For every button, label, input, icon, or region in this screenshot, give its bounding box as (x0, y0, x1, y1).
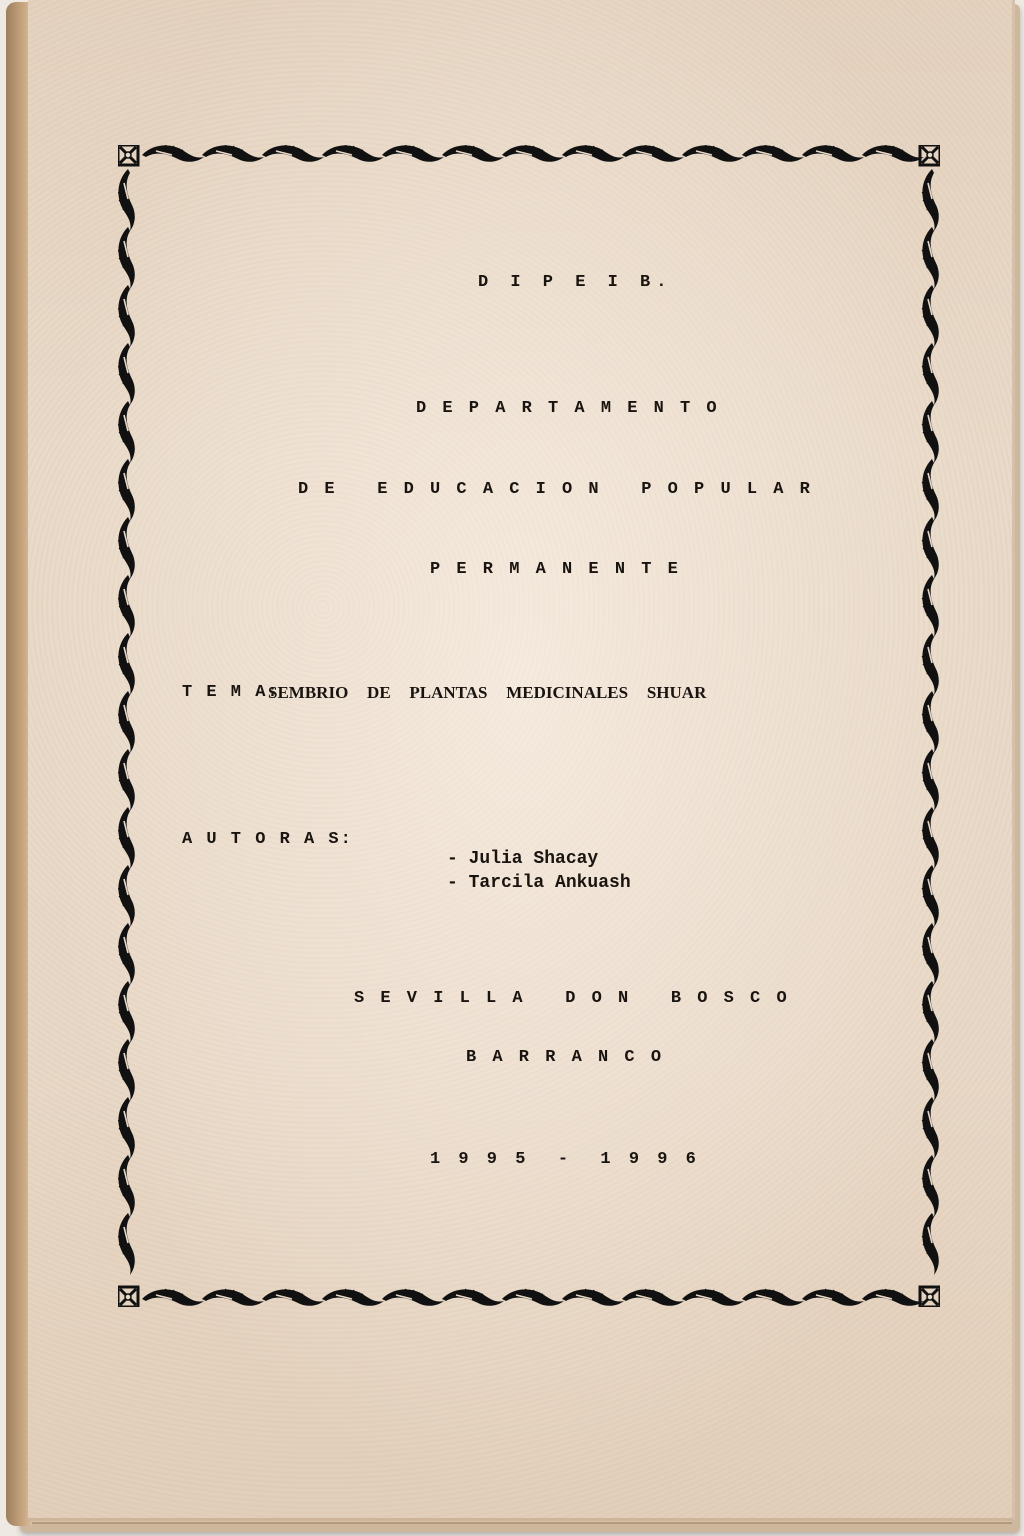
authors-label: A U T O R A S: (182, 831, 353, 848)
institution-name: D I P E I B. (478, 274, 672, 291)
academic-years: 1 9 9 5 - 1 9 9 6 (430, 1151, 700, 1168)
topic-label: T E M A: (182, 684, 280, 701)
department-line-3: P E R M A N E N T E (430, 561, 681, 578)
leaf-vine-border-icon (118, 145, 940, 1307)
department-line-1: D E P A R T A M E N T O (416, 400, 720, 417)
celtic-knot-corner-icon (118, 1287, 138, 1307)
location-line-2: B A R R A N C O (466, 1049, 664, 1066)
celtic-knot-corner-icon (118, 145, 138, 165)
department-line-2: D E E D U C A C I O N P O P U L A R (298, 481, 813, 498)
location-line-1: S E V I L L A D O N B O S C O (354, 990, 790, 1007)
celtic-knot-corner-icon (920, 145, 940, 165)
topic-value: SEMBRIO DE PLANTAS MEDICINALES SHUAR (268, 684, 706, 701)
author-item: - Tarcila Ankuash (447, 874, 631, 892)
author-item: - Julia Shacay (447, 850, 598, 868)
celtic-knot-corner-icon (920, 1287, 940, 1307)
